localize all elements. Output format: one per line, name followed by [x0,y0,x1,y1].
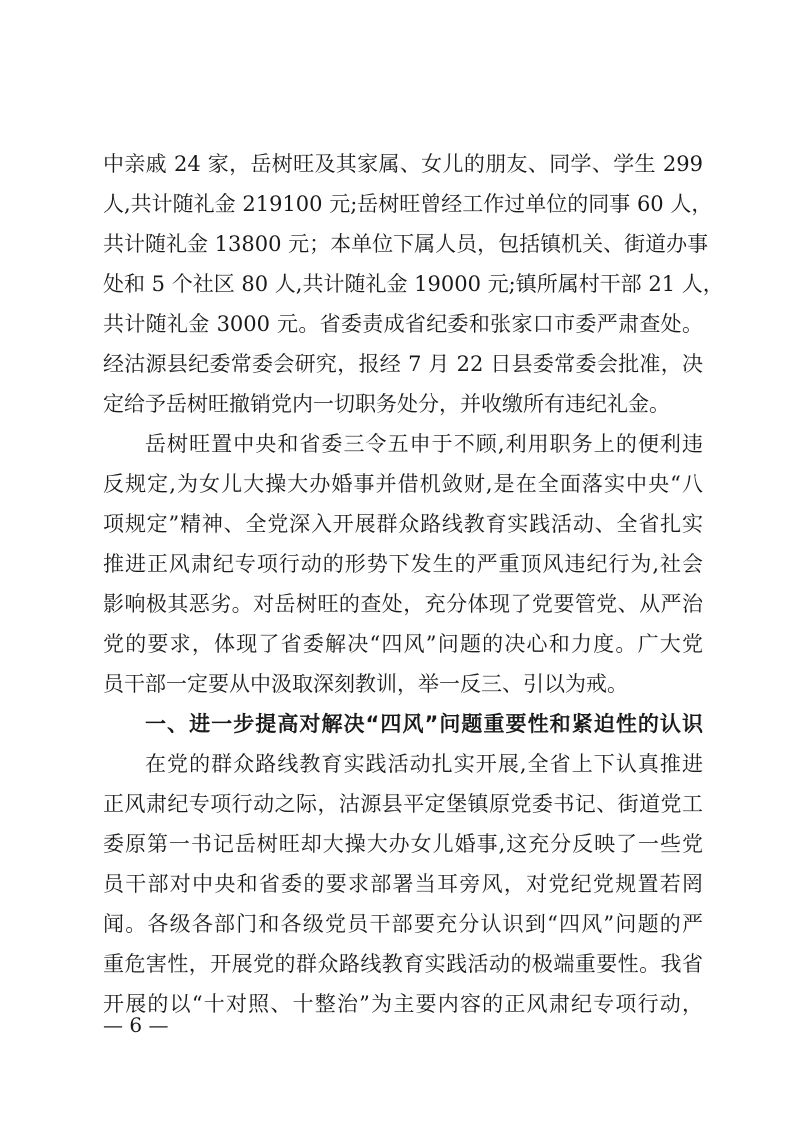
text-line: 影响极其恶劣。对岳树旺的查处，充分体现了党要管党、从严治 [103,584,703,624]
page-number: — 6 — [103,1010,168,1040]
paragraph-start: 在党的群众路线教育实践活动扎实开展,全省上下认真推进 [103,744,703,784]
section-heading: 一、进一步提高对解决“四风”问题重要性和紧迫性的认识 [103,704,703,744]
text-line: 人,共计随礼金 219100 元;岳树旺曾经工作过单位的同事 60 人， [103,184,703,224]
text-line: 反规定,为女儿大操大办婚事并借机敛财,是在全面落实中央“八 [103,464,703,504]
text-line: 重危害性，开展党的群众路线教育实践活动的极端重要性。我省 [103,944,703,984]
text-line: 推进正风肃纪专项行动的形势下发生的严重顶风违纪行为,社会 [103,544,703,584]
text-line: 处和 5 个社区 80 人,共计随礼金 19000 元;镇所属村干部 21 人， [103,264,703,304]
text-line: 党的要求，体现了省委解决“四风”问题的决心和力度。广大党 [103,624,703,664]
text-line: 员干部对中央和省委的要求部署当耳旁风，对党纪党规置若罔 [103,864,703,904]
text-line: 开展的以“十对照、十整治”为主要内容的正风肃纪专项行动， [103,984,703,1024]
document-body: 中亲戚 24 家，岳树旺及其家属、女儿的朋友、同学、学生 299 人,共计随礼金… [103,144,703,1024]
text-line: 共计随礼金 13800 元；本单位下属人员，包括镇机关、街道办事 [103,224,703,264]
text-line: 员干部一定要从中汲取深刻教训，举一反三、引以为戒。 [103,664,703,704]
text-line: 委原第一书记岳树旺却大操大办女儿婚事,这充分反映了一些党 [103,824,703,864]
paragraph-start: 岳树旺置中央和省委三令五申于不顾,利用职务上的便利违 [103,424,703,464]
text-line: 项规定”精神、全党深入开展群众路线教育实践活动、全省扎实 [103,504,703,544]
text-line: 闻。各级各部门和各级党员干部要充分认识到“四风”问题的严 [103,904,703,944]
text-line: 共计随礼金 3000 元。省委责成省纪委和张家口市委严肃查处。 [103,304,703,344]
text-line: 中亲戚 24 家，岳树旺及其家属、女儿的朋友、同学、学生 299 [103,144,703,184]
text-line: 正风肃纪专项行动之际，沽源县平定堡镇原党委书记、街道党工 [103,784,703,824]
text-line: 定给予岳树旺撤销党内一切职务处分，并收缴所有违纪礼金。 [103,384,703,424]
text-line: 经沽源县纪委常委会研究，报经 7 月 22 日县委常委会批准，决 [103,344,703,384]
